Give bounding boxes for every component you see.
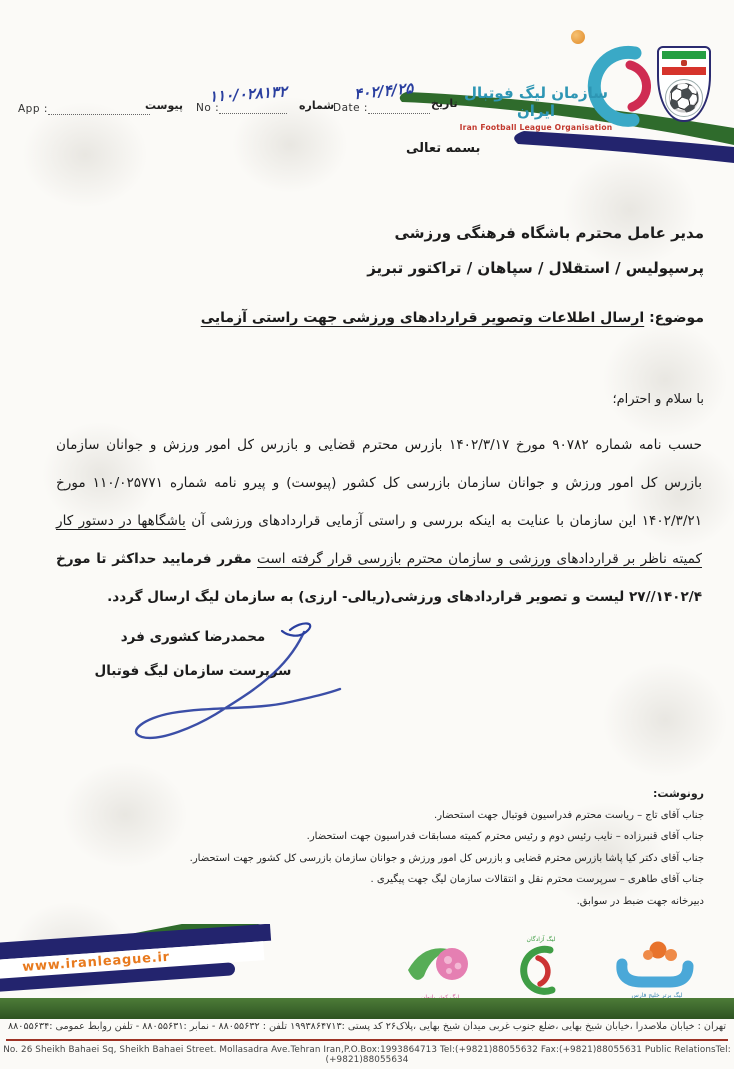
orange-ball-icon bbox=[571, 30, 585, 44]
scanned-letter-page: سازمان لیگ فوتبال ایران Iran Football Le… bbox=[0, 0, 734, 1069]
address-fa: تهران : خیابان ملاصدرا ،خیابان شیخ بهایی… bbox=[0, 1021, 734, 1032]
signatory-title: سرپرست سازمان لیگ فوتبال bbox=[62, 654, 324, 688]
recipient-block: مدیر عامل محترم باشگاه فرهنگی ورزشی پرسپ… bbox=[367, 216, 704, 286]
footer-red-separator bbox=[6, 1039, 728, 1041]
salutation-text: با سلام و احترام؛ bbox=[613, 392, 705, 407]
kowsar-logo-icon bbox=[390, 938, 490, 990]
flag-white-stripe bbox=[662, 59, 706, 67]
recipient-line2: پرسپولیس / استقلال / سپاهان / تراکتور تب… bbox=[367, 251, 704, 286]
no-label-fa: شماره bbox=[299, 99, 334, 112]
body-paragraph: حسب نامه شماره ۹۰۷۸۲ مورخ ۱۴۰۲/۳/۱۷ بازر… bbox=[56, 426, 702, 616]
date-label-en: Date : bbox=[333, 102, 430, 114]
cc-item: جناب آقای قنبرزاده – نایب رئیس دوم و رئی… bbox=[190, 826, 704, 848]
address-en: No. 26 Sheikh Bahaei Sq, Sheikh Bahaei S… bbox=[0, 1045, 734, 1065]
flag-emblem-icon bbox=[681, 60, 687, 66]
subject-line: موضوع: ​ ارسال اطلاعات وتصویر قراردادهای… bbox=[201, 310, 704, 326]
footer-green-bar bbox=[0, 998, 734, 1019]
kowsar-womens-league-logo: لیگ کوثر بانوان bbox=[390, 938, 490, 1002]
watermark-blob bbox=[600, 660, 730, 780]
signature-block: محمدرضا کشوری فرد سرپرست سازمان لیگ فوتب… bbox=[62, 620, 324, 688]
cc-item: دبیرخانه جهت ضبط در سوابق. bbox=[190, 891, 704, 913]
azadegan-league-logo: لیگ آزادگان bbox=[498, 936, 584, 1000]
azadegan-logo-caption: لیگ آزادگان bbox=[498, 936, 584, 944]
website-band: www.iranleague.ir bbox=[0, 924, 272, 992]
app-label-fa: پیوست bbox=[145, 99, 183, 112]
date-dotted-line bbox=[368, 102, 430, 114]
flag-red-stripe bbox=[662, 67, 706, 75]
azadegan-logo-icon bbox=[498, 944, 584, 996]
date-label-fa: تاریخ bbox=[431, 97, 458, 110]
gulf-league-logo-icon bbox=[608, 938, 706, 988]
subject-label: موضوع: bbox=[649, 310, 704, 326]
cc-heading: رونوشت: bbox=[190, 783, 704, 805]
org-name-fa: سازمان لیگ فوتبال ایران bbox=[452, 84, 620, 120]
app-label-en: App : bbox=[18, 103, 150, 115]
basmala-text: بسمه تعالی bbox=[406, 141, 480, 156]
watermark-blob bbox=[600, 320, 730, 440]
cc-item: جناب آقای طاهری – سرپرست محترم نقل و انت… bbox=[190, 869, 704, 891]
flag-green-stripe bbox=[662, 51, 706, 59]
emblem-ring: ⚽ bbox=[665, 79, 703, 117]
subject-text: ارسال اطلاعات وتصویر قراردادهای ورزشی جه… bbox=[201, 310, 644, 326]
org-name-block: سازمان لیگ فوتبال ایران Iran Football Le… bbox=[452, 84, 620, 132]
cc-item: جناب آقای دکتر کیا پاشا بازرس محترم قضای… bbox=[190, 848, 704, 870]
persian-gulf-pro-league-logo: لیگ برتر خلیج فارس bbox=[608, 938, 706, 1000]
watermark-blob bbox=[60, 760, 190, 870]
soccer-ball-icon: ⚽ bbox=[667, 85, 701, 112]
cc-block: رونوشت: جناب آقای تاج – ریاست محترم فدرا… bbox=[190, 783, 704, 912]
signatory-name: محمدرضا کشوری فرد bbox=[62, 620, 324, 654]
recipient-line1: مدیر عامل محترم باشگاه فرهنگی ورزشی bbox=[367, 216, 704, 251]
cc-item: جناب آقای تاج – ریاست محترم فدراسیون فوت… bbox=[190, 805, 704, 827]
org-name-en: Iran Football League Organisation bbox=[452, 123, 620, 132]
app-dotted-line bbox=[48, 103, 150, 115]
